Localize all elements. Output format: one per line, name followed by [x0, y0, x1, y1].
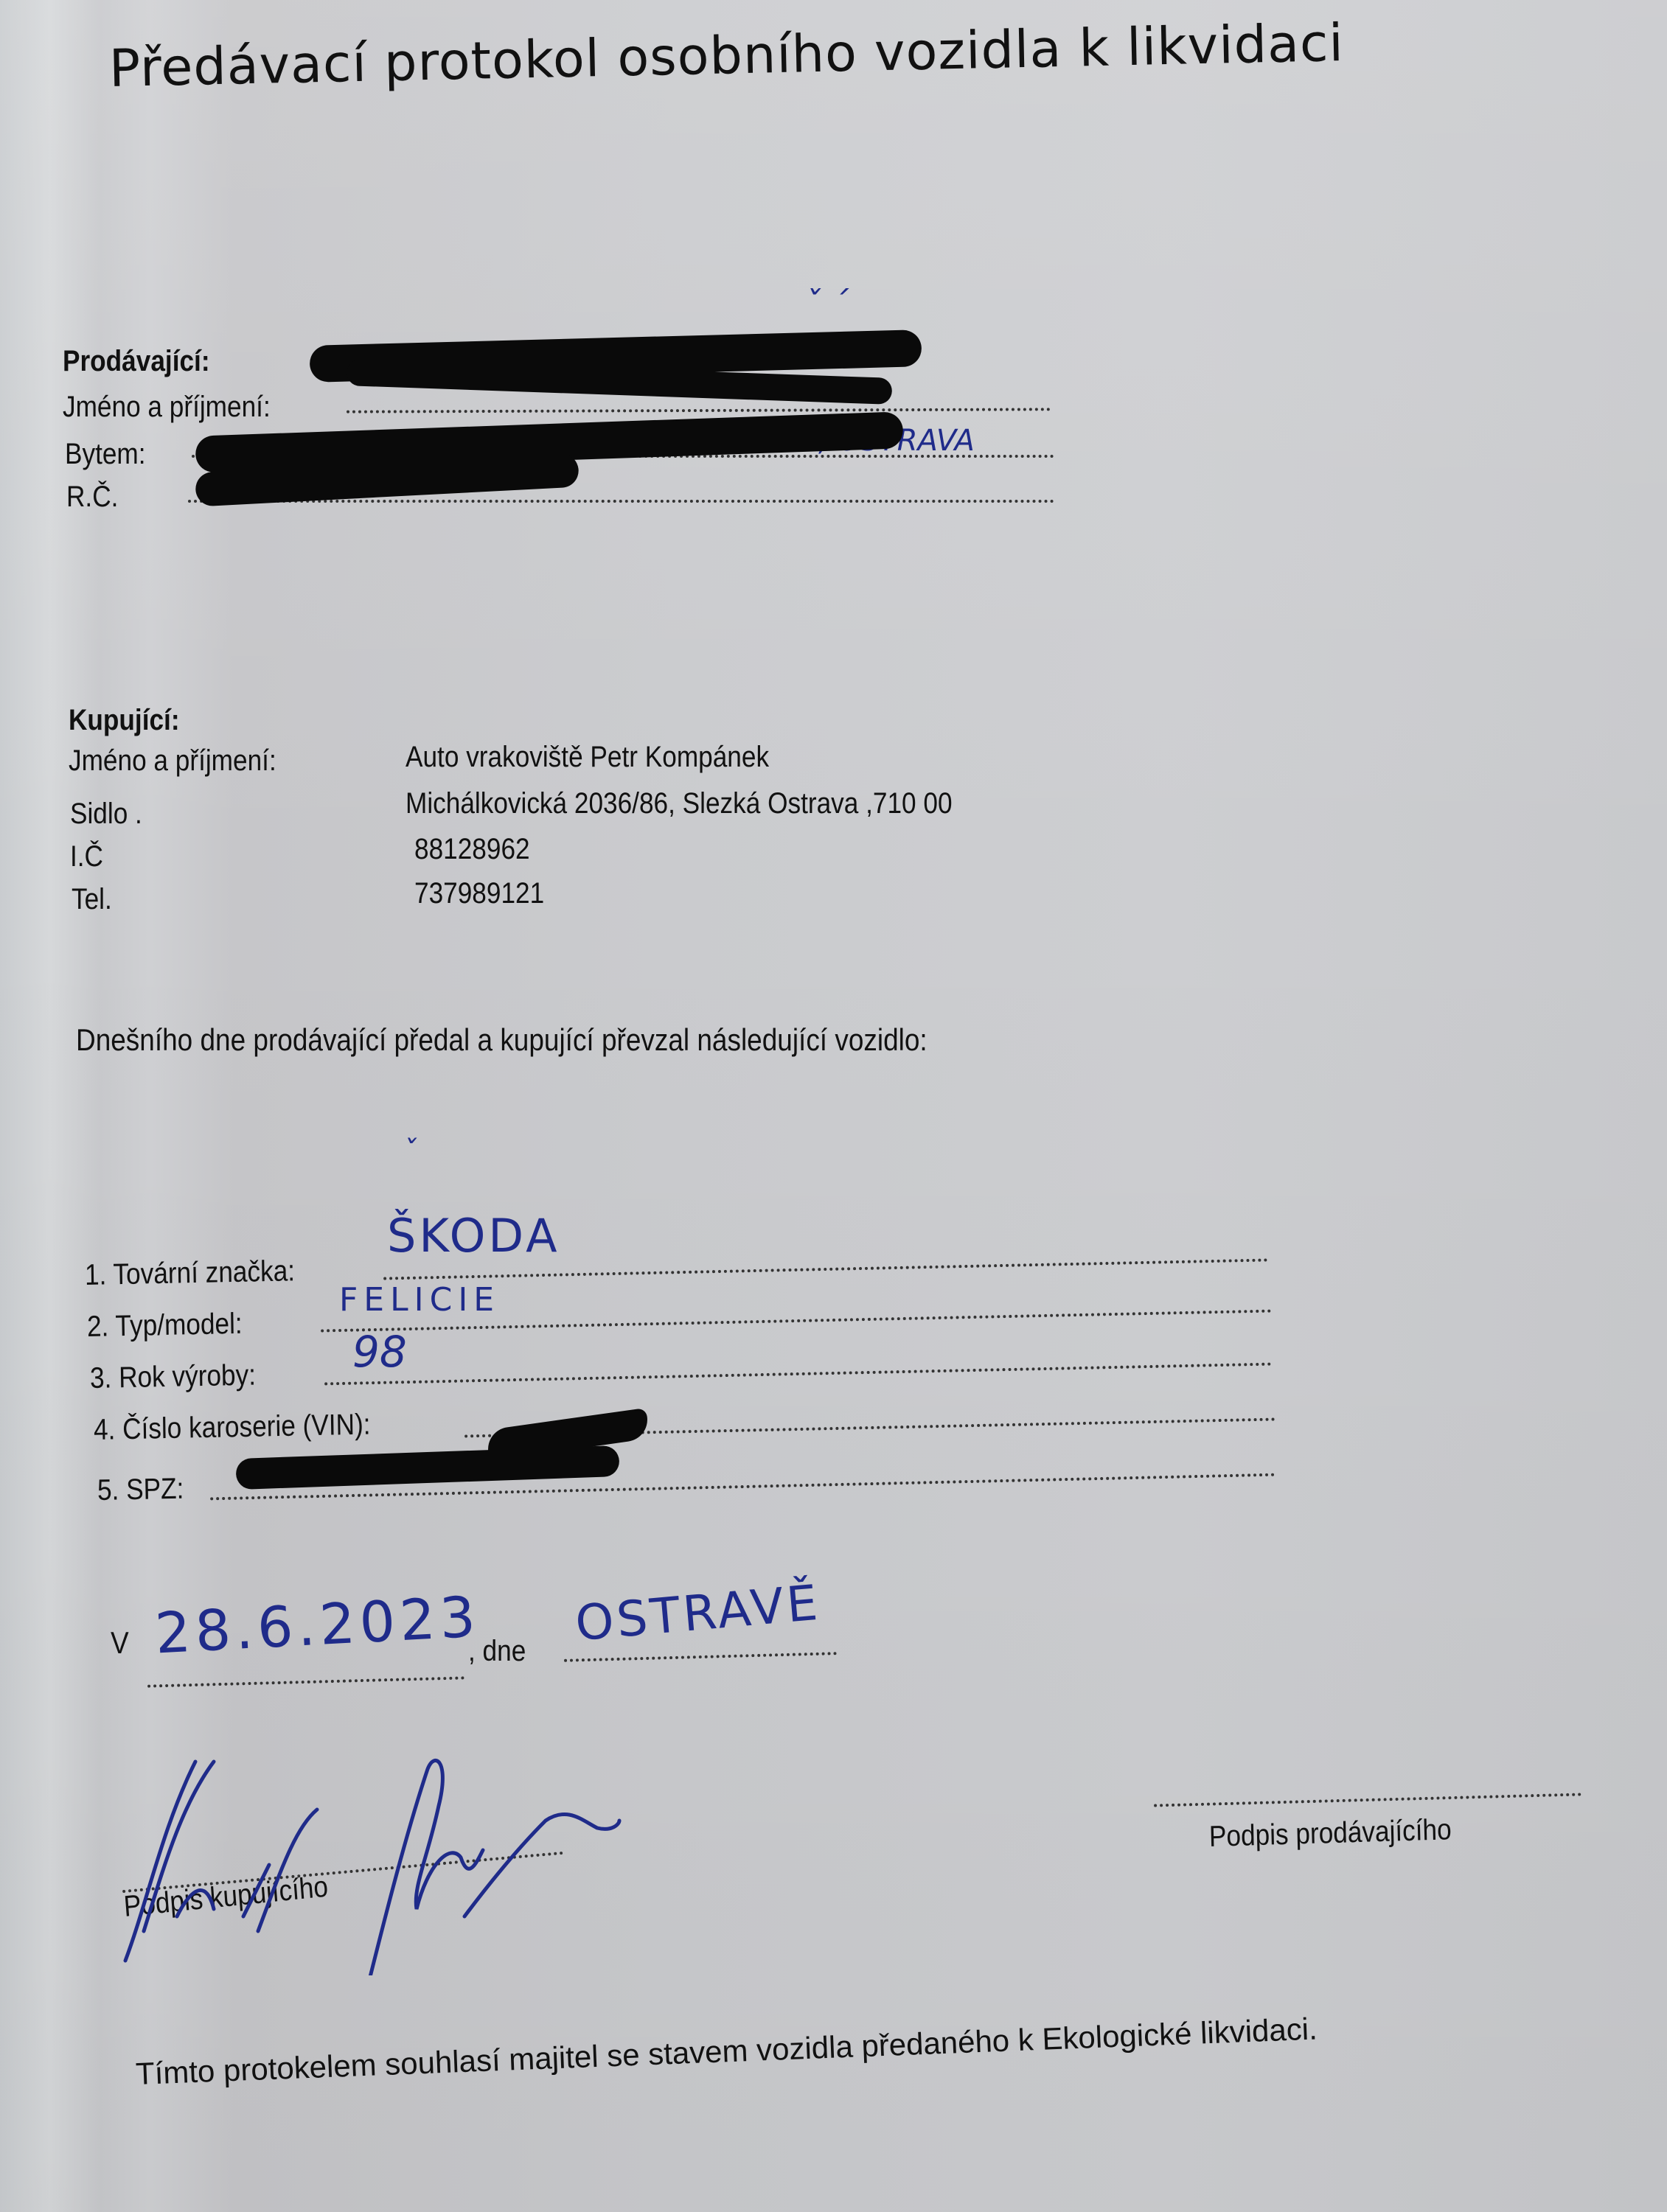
buyer-tel-value: 737989121 — [414, 877, 544, 910]
seller-name-label: Jméno a příjmení: — [63, 391, 271, 424]
buyer-heading: Kupující: — [69, 704, 180, 737]
redaction-spz — [235, 1445, 619, 1490]
buyer-signature — [103, 1740, 708, 1975]
vehicle-year-label: 3. Rok výroby: — [90, 1359, 257, 1395]
handwritten-mark: ˇ — [402, 1135, 417, 1169]
handwritten-place: OSTRAVĚ — [573, 1574, 823, 1653]
buyer-name-value: Auto vrakoviště Petr Kompánek — [406, 741, 769, 774]
buyer-seat-label: Sidlo . — [70, 798, 142, 831]
vehicle-model-label: 2. Typ/model: — [87, 1308, 243, 1344]
document-title: Předávací protokol osobního vozidla k li… — [108, 13, 1344, 99]
buyer-name-label: Jméno a příjmení: — [69, 744, 276, 778]
seller-birth-number-label: R.Č. — [66, 481, 118, 514]
seller-name-line — [347, 408, 1051, 413]
vehicle-brand-value: ŠKODA — [387, 1209, 560, 1263]
buyer-seat-value: Michálkovická 2036/86, Slezká Ostrava ,7… — [406, 787, 953, 820]
vehicle-spz-label: 5. SPZ: — [97, 1473, 184, 1507]
seller-signature-line — [1154, 1793, 1581, 1807]
buyer-ic-label: I.Č — [70, 840, 103, 873]
vehicle-brand-label: 1. Tovární značka: — [85, 1255, 296, 1292]
seller-heading: Prodávající: — [63, 345, 210, 378]
vehicle-year-line — [324, 1363, 1272, 1386]
buyer-ic-value: 88128962 — [414, 833, 530, 866]
document-page: Předávací protokol osobního vozidla k li… — [0, 0, 1667, 2212]
vehicle-vin-label: 4. Číslo karoserie (VIN): — [94, 1409, 371, 1447]
handwritten-accent-marks: ˇ ´ — [804, 284, 849, 324]
transfer-statement: Dnešního dne prodávající předal a kupují… — [76, 1022, 928, 1058]
vehicle-year-value: 98 — [352, 1327, 407, 1377]
seller-address-label: Bytem: — [65, 438, 146, 471]
consent-statement: Tímto protokelem souhlasí majitel se sta… — [135, 2011, 1318, 2092]
place-line — [147, 1676, 464, 1687]
buyer-tel-label: Tel. — [72, 883, 112, 916]
handwritten-date: 28.6.2023 — [153, 1584, 481, 1667]
place-prefix: V — [111, 1625, 129, 1661]
date-line — [564, 1652, 837, 1662]
vehicle-model-value: FELICIE — [339, 1281, 500, 1319]
seller-signature-label: Podpis prodávajícího — [1208, 1813, 1452, 1854]
